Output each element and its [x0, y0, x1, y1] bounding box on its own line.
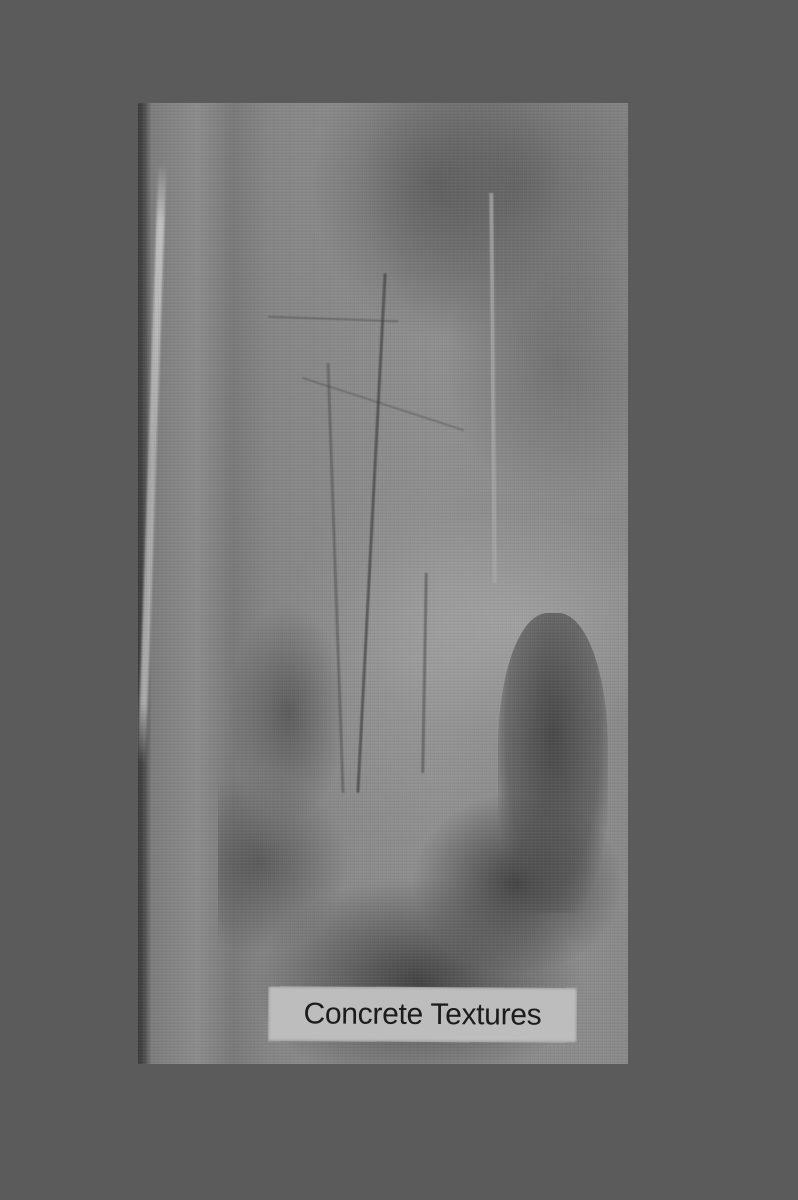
concrete-texture-photo: [138, 103, 628, 1064]
title-label: Concrete Textures: [268, 986, 577, 1043]
film-grain: [138, 103, 628, 1064]
